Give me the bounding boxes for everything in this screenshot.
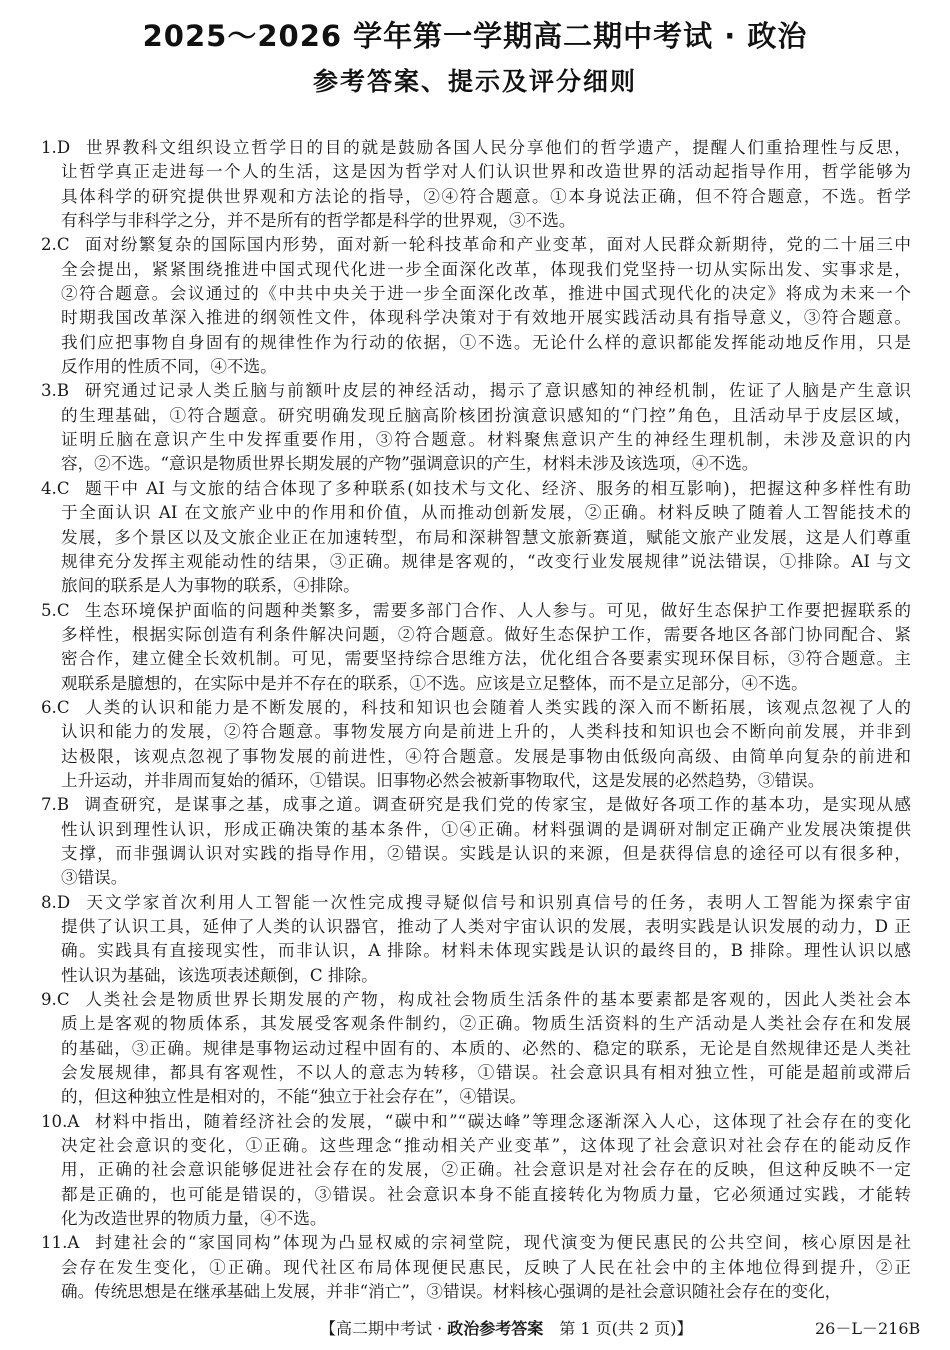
answer-line: 4.C题干中 AI 与文旅的结合体现了多种联系(如技术与文化、经济、服务的相互影… [41,477,911,501]
answer-choice: A [67,1231,79,1255]
answer-line: 反作用的性质不同，④不选。 [41,355,911,379]
explanation-text: 有科学与非科学之分，并不是所有的哲学都是科学的世界观，③不选。 [61,211,575,230]
answer-line: 上升运动，并非周而复始的循环，①错误。旧事物必然会被新事物取代，这是发展的必然趋… [41,769,911,793]
question-number: 8. [41,891,57,915]
explanation-text: 性认识为基础，该选项表述颠倒，C 排除。 [61,966,378,985]
explanation-text: 性认识到理性认识，形成正确决策的基本条件，①④正确。材料强调的是调研对制定正确产… [61,820,911,839]
answer-line: 5.C生态环境保护面临的问题种类繁多，需要多部门合作、人人参与。可见，做好生态保… [41,599,911,623]
answer-item: 5.C生态环境保护面临的问题种类繁多，需要多部门合作、人人参与。可见，做好生态保… [41,599,911,696]
answer-line: 用，正确的社会意识能够促进社会存在的发展，②正确。社会意识是对社会存在的反映，但… [41,1158,911,1182]
explanation-text: 密合作，建立健全长效机制。可见，需要坚持综合思维方法，优化组合各要素实现环保目标… [61,649,911,668]
explanation-text: 人类社会是物质世界长期发展的产物，构成社会物质生活条件的基本要素都是客观的，因此… [84,990,911,1009]
answer-line: 让哲学真正走进每一个人的生活，这是因为哲学对人们认识世界和改造世界的活动起指导作… [41,160,911,184]
answer-line: 性认识到理性认识，形成正确决策的基本条件，①④正确。材料强调的是调研对制定正确产… [41,818,911,842]
answer-item: 11.A封建社会的“家国同构”体现为凸显权威的宗祠堂院，现代演变为便民惠民的公共… [41,1231,911,1304]
footer-doc-code: 26－L－216B [815,1316,920,1339]
answer-line: 决定社会意识的变化，①正确。这些理念“推动相关产业变革”，这体现了社会意识对社会… [41,1134,911,1158]
answer-line: 都是正确的，也可能是错误的，③错误。社会意识本身不能直接转化为物质力量，它必须通… [41,1183,911,1207]
explanation-text: 确。传统思想是在继承基础上发展，并非“消亡”，③错误。材料核心强调的是社会意识随… [61,1282,841,1301]
answer-line: 10.A材料中指出，随着经济社会的发展，“碳中和”“碳达峰”等理念逐渐深入人心，… [41,1110,911,1134]
explanation-text: 生态环境保护面临的问题种类繁多，需要多部门合作、人人参与。可见，做好生态保护工作… [84,601,911,620]
question-number: 1. [41,136,57,160]
answer-choice: C [57,599,70,623]
explanation-text: 我们应把事物自身固有的规律性作为行动的依据，①不选。无论什么样的意识都能发挥能动… [61,333,911,352]
answer-line: 质上是客观的物质体系，其发展受客观条件制约，②正确。物质生活资料的生产活动是人类… [41,1012,911,1036]
explanation-text: 确。实践具有直接现实性，而非认识，A 排除。材料未体现实践是认识的最终目的，B … [61,941,911,960]
explanation-text: 观联系是臆想的，在实际中是并不存在的联系，①不选。应该是立足整体，而不是立足部分… [61,674,808,693]
explanation-text: 质上是客观的物质体系，其发展受客观条件制约，②正确。物质生活资料的生产活动是人类… [61,1014,911,1033]
page-title: 2025～2026 学年第一学期高二期中考试 · 政治 [0,14,950,55]
explanation-text: 人类的认识和能力是不断发展的，科技和知识也会随着人类实践的深入而不断拓展，该观点… [84,698,911,717]
page-subtitle: 参考答案、提示及评分细则 [0,62,950,98]
explanation-text: 上升运动，并非周而复始的循环，①错误。旧事物必然会被新事物取代，这是发展的必然趋… [61,771,824,790]
answer-line: 确。传统思想是在继承基础上发展，并非“消亡”，③错误。材料核心强调的是社会意识随… [41,1280,911,1304]
answer-line: 8.D天文学家首次利用人工智能一次性完成搜寻疑似信号和识别真信号的任务，表明人工… [41,891,911,915]
answer-item: 7.B调查研究，是谋事之基，成事之道。调查研究是我们党的传家宝，是做好各项工作的… [41,793,911,890]
explanation-text: 会存在发生变化，①正确。现代社区布局体现便民惠民，反映了人民在社会中的主体地位得… [61,1258,911,1277]
explanation-text: 的基础，③正确。规律是事物运动过程中固有的、本质的、必然的、稳定的联系，无论是自… [61,1039,911,1058]
explanation-text: 时期我国改革深入推进的纲领性文件，体现科学决策对于有效地开展实践活动具有指导意义… [61,308,911,327]
answer-choice: D [57,136,70,160]
explanation-text: 天文学家首次利用人工智能一次性完成搜寻疑似信号和识别真信号的任务，表明人工智能为… [84,893,911,912]
answer-item: 8.D天文学家首次利用人工智能一次性完成搜寻疑似信号和识别真信号的任务，表明人工… [41,891,911,988]
explanation-text: 发展，多个景区以及文旅企业正在加速转型，布局和深耕智慧文旅新赛道，赋能文旅产业发… [61,528,911,547]
explanation-text: 决定社会意识的变化，①正确。这些理念“推动相关产业变革”，这体现了社会意识对社会… [61,1136,911,1155]
answer-line: 3.B研究通过记录人类丘脑与前额叶皮层的神经活动，揭示了意识感知的神经机制，佐证… [41,379,911,403]
answer-line: 规律充分发挥主观能动性的结果，③正确。规律是客观的，“改变行业发展规律”说法错误… [41,550,911,574]
answer-line: 发展，多个景区以及文旅企业正在加速转型，布局和深耕智慧文旅新赛道，赋能文旅产业发… [41,526,911,550]
question-number: 3. [41,379,57,403]
answer-line: 证明丘脑在意识产生中发挥重要作用，③符合题意。材料聚焦意识产生的神经生理机制，未… [41,428,911,452]
explanation-text: 反作用的性质不同，④不选。 [61,357,277,376]
answer-item: 6.C人类的认识和能力是不断发展的，科技和知识也会随着人类实践的深入而不断拓展，… [41,696,911,793]
answer-choice: C [57,988,70,1012]
explanation-text: 容，②不选。“意识是物质世界长期发展的产物”强调意识的产生，材料未涉及该选项，④… [61,454,758,473]
answer-line: 我们应把事物自身固有的规律性作为行动的依据，①不选。无论什么样的意识都能发挥能动… [41,331,911,355]
answer-item: 1.D世界教科文组织设立哲学日的目的就是鼓励各国人民分享他们的哲学遗产，提醒人们… [41,136,911,233]
answer-line: 时期我国改革深入推进的纲领性文件，体现科学决策对于有效地开展实践活动具有指导意义… [41,306,911,330]
answer-line: 多样性，根据实际创造有利条件解决问题，②符合题意。做好生态保护工作，需要各地区各… [41,623,911,647]
answer-list: 1.D世界教科文组织设立哲学日的目的就是鼓励各国人民分享他们的哲学遗产，提醒人们… [41,136,911,1305]
explanation-text: 的生理基础，①符合题意。研究明确发现丘脑高阶核团扮演意识感知的“门控”角色，且活… [61,406,911,425]
answer-line: 的生理基础，①符合题意。研究明确发现丘脑高阶核团扮演意识感知的“门控”角色，且活… [41,404,911,428]
answer-item: 4.C题干中 AI 与文旅的结合体现了多种联系(如技术与文化、经济、服务的相互影… [41,477,911,599]
answer-line: ③错误。 [41,866,911,890]
explanation-text: 材料中指出，随着经济社会的发展，“碳中和”“碳达峰”等理念逐渐深入人心，这体现了… [93,1112,911,1131]
answer-line: 提供了认识工具，延伸了人类的认识器官，推动了人类对宇宙认识的发展，表明实践是认识… [41,915,911,939]
explanation-text: 面对纷繁复杂的国际国内形势，面对新一轮科技革命和产业变革，面对人民群众新期待，党… [84,235,911,254]
answer-line: 容，②不选。“意识是物质世界长期发展的产物”强调意识的产生，材料未涉及该选项，④… [41,452,911,476]
answer-line: 的，但这种独立性是相对的，不能“独立于社会存在”，④错误。 [41,1085,911,1109]
footer-page-label: 【高二期中考试 · 政治参考答案 第 1 页(共 2 页)】 [320,1316,693,1339]
answer-line: 达极限，该观点忽视了事物发展的前进性，④符合题意。发展是事物由低级向高级、由简单… [41,745,911,769]
answer-item: 10.A材料中指出，随着经济社会的发展，“碳中和”“碳达峰”等理念逐渐深入人心，… [41,1110,911,1232]
question-number: 4. [41,477,57,501]
footer-page-info: 第 1 页(共 2 页) [543,1319,676,1338]
question-number: 6. [41,696,57,720]
answer-line: 6.C人类的认识和能力是不断发展的，科技和知识也会随着人类实践的深入而不断拓展，… [41,696,911,720]
answer-choice: B [57,793,69,817]
answer-line: 会存在发生变化，①正确。现代社区布局体现便民惠民，反映了人民在社会中的主体地位得… [41,1256,911,1280]
explanation-text: 旅间的联系是人为事物的联系，④排除。 [61,576,360,595]
answer-item: 2.C面对纷繁复杂的国际国内形势，面对新一轮科技革命和产业变革，面对人民群众新期… [41,233,911,379]
question-number: 5. [41,599,57,623]
answer-choice: C [57,233,70,257]
explanation-text: 的，但这种独立性是相对的，不能“独立于社会存在”，④错误。 [61,1087,526,1106]
explanation-text: 全会提出，紧紧围绕推进中国式现代化进一步全面深化改革，体现我们党坚持一切从实际出… [61,260,911,279]
answer-line: 有科学与非科学之分，并不是所有的哲学都是科学的世界观，③不选。 [41,209,911,233]
answer-line: 于全面认识 AI 在文旅产业中的作用和价值，从而推动创新发展，②正确。材料反映了… [41,501,911,525]
answer-line: 11.A封建社会的“家国同构”体现为凸显权威的宗祠堂院，现代演变为便民惠民的公共… [41,1231,911,1255]
answer-choice: C [57,477,70,501]
answer-line: ②符合题意。会议通过的《中共中央关于进一步全面深化改革，推进中国式现代化的决定》… [41,282,911,306]
explanation-text: ②符合题意。会议通过的《中共中央关于进一步全面深化改革，推进中国式现代化的决定》… [61,284,911,303]
explanation-text: 都是正确的，也可能是错误的，③错误。社会意识本身不能直接转化为物质力量，它必须通… [61,1185,911,1204]
answer-line: 2.C面对纷繁复杂的国际国内形势，面对新一轮科技革命和产业变革，面对人民群众新期… [41,233,911,257]
explanation-text: 认识和能力的发展，②符合题意。事物发展方向是前进上升的，人类科技和知识也会不断向… [61,722,911,741]
answer-line: 会发展规律，都具有客观性，不以人的意志为转移，①错误。社会意识具有相对独立性，可… [41,1061,911,1085]
explanation-text: ③错误。 [61,868,127,887]
explanation-text: 会发展规律，都具有客观性，不以人的意志为转移，①错误。社会意识具有相对独立性，可… [61,1063,911,1082]
explanation-text: 多样性，根据实际创造有利条件解决问题，②符合题意。做好生态保护工作，需要各地区各… [61,625,911,644]
explanation-text: 让哲学真正走进每一个人的生活，这是因为哲学对人们认识世界和改造世界的活动起指导作… [61,162,911,181]
answer-line: 7.B调查研究，是谋事之基，成事之道。调查研究是我们党的传家宝，是做好各项工作的… [41,793,911,817]
answer-choice: A [67,1110,79,1134]
explanation-text: 规律充分发挥主观能动性的结果，③正确。规律是客观的，“改变行业发展规律”说法错误… [61,552,911,571]
answer-line: 支撑，而非强调认识对实践的指导作用，②错误。实践是认识的来源，但是获得信息的途径… [41,842,911,866]
answer-line: 化为改造世界的物质力量，④不选。 [41,1207,911,1231]
explanation-text: 化为改造世界的物质力量，④不选。 [61,1209,327,1228]
question-number: 9. [41,988,57,1012]
answer-line: 确。实践具有直接现实性，而非认识，A 排除。材料未体现实践是认识的最终目的，B … [41,939,911,963]
answer-line: 1.D世界教科文组织设立哲学日的目的就是鼓励各国人民分享他们的哲学遗产，提醒人们… [41,136,911,160]
explanation-text: 支撑，而非强调认识对实践的指导作用，②错误。实践是认识的来源，但是获得信息的途径… [61,844,911,863]
explanation-text: 于全面认识 AI 在文旅产业中的作用和价值，从而推动创新发展，②正确。材料反映了… [61,503,911,522]
answer-choice: D [57,891,70,915]
answer-item: 9.C人类社会是物质世界长期发展的产物，构成社会物质生活条件的基本要素都是客观的… [41,988,911,1110]
answer-line: 具体科学的研究提供世界观和方法论的指导，②④符合题意。①本身说法正确，但不符合题… [41,185,911,209]
explanation-text: 达极限，该观点忽视了事物发展的前进性，④符合题意。发展是事物由低级向高级、由简单… [61,747,911,766]
answer-line: 认识和能力的发展，②符合题意。事物发展方向是前进上升的，人类科技和知识也会不断向… [41,720,911,744]
explanation-text: 提供了认识工具，延伸了人类的认识器官，推动了人类对宇宙认识的发展，表明实践是认识… [61,917,911,936]
explanation-text: 研究通过记录人类丘脑与前额叶皮层的神经活动，揭示了意识感知的神经机制，佐证了人脑… [83,381,911,400]
answer-line: 密合作，建立健全长效机制。可见，需要坚持综合思维方法，优化组合各要素实现环保目标… [41,647,911,671]
explanation-text: 用，正确的社会意识能够促进社会存在的发展，②正确。社会意识是对社会存在的反映，但… [61,1160,911,1179]
page-footer: 【高二期中考试 · 政治参考答案 第 1 页(共 2 页)】 26－L－216B [0,1316,950,1340]
explanation-text: 证明丘脑在意识产生中发挥重要作用，③符合题意。材料聚焦意识产生的神经生理机制，未… [61,430,911,449]
explanation-text: 具体科学的研究提供世界观和方法论的指导，②④符合题意。①本身说法正确，但不符合题… [61,187,911,206]
explanation-text: 题干中 AI 与文旅的结合体现了多种联系(如技术与文化、经济、服务的相互影响)，… [84,479,911,498]
answer-line: 的基础，③正确。规律是事物运动过程中固有的、本质的、必然的、稳定的联系，无论是自… [41,1037,911,1061]
question-number: 2. [41,233,57,257]
answer-line: 9.C人类社会是物质世界长期发展的产物，构成社会物质生活条件的基本要素都是客观的… [41,988,911,1012]
explanation-text: 调查研究，是谋事之基，成事之道。调查研究是我们党的传家宝，是做好各项工作的基本功… [83,795,911,814]
answer-line: 观联系是臆想的，在实际中是并不存在的联系，①不选。应该是立足整体，而不是立足部分… [41,672,911,696]
footer-doc-name: 政治参考答案 [447,1319,543,1338]
answer-line: 性认识为基础，该选项表述颠倒，C 排除。 [41,964,911,988]
answer-choice: B [57,379,69,403]
question-number: 7. [41,793,57,817]
question-number: 11. [41,1231,67,1255]
answer-item: 3.B研究通过记录人类丘脑与前额叶皮层的神经活动，揭示了意识感知的神经机制，佐证… [41,379,911,476]
footer-exam-name: 高二期中考试 · [336,1319,447,1338]
explanation-text: 世界教科文组织设立哲学日的目的就是鼓励各国人民分享他们的哲学遗产，提醒人们重拾理… [84,138,911,157]
explanation-text: 封建社会的“家国同构”体现为凸显权威的宗祠堂院，现代演变为便民惠民的公共空间，核… [93,1233,911,1252]
answer-line: 全会提出，紧紧围绕推进中国式现代化进一步全面深化改革，体现我们党坚持一切从实际出… [41,258,911,282]
question-number: 10. [41,1110,67,1134]
answer-line: 旅间的联系是人为事物的联系，④排除。 [41,574,911,598]
answer-choice: C [57,696,70,720]
